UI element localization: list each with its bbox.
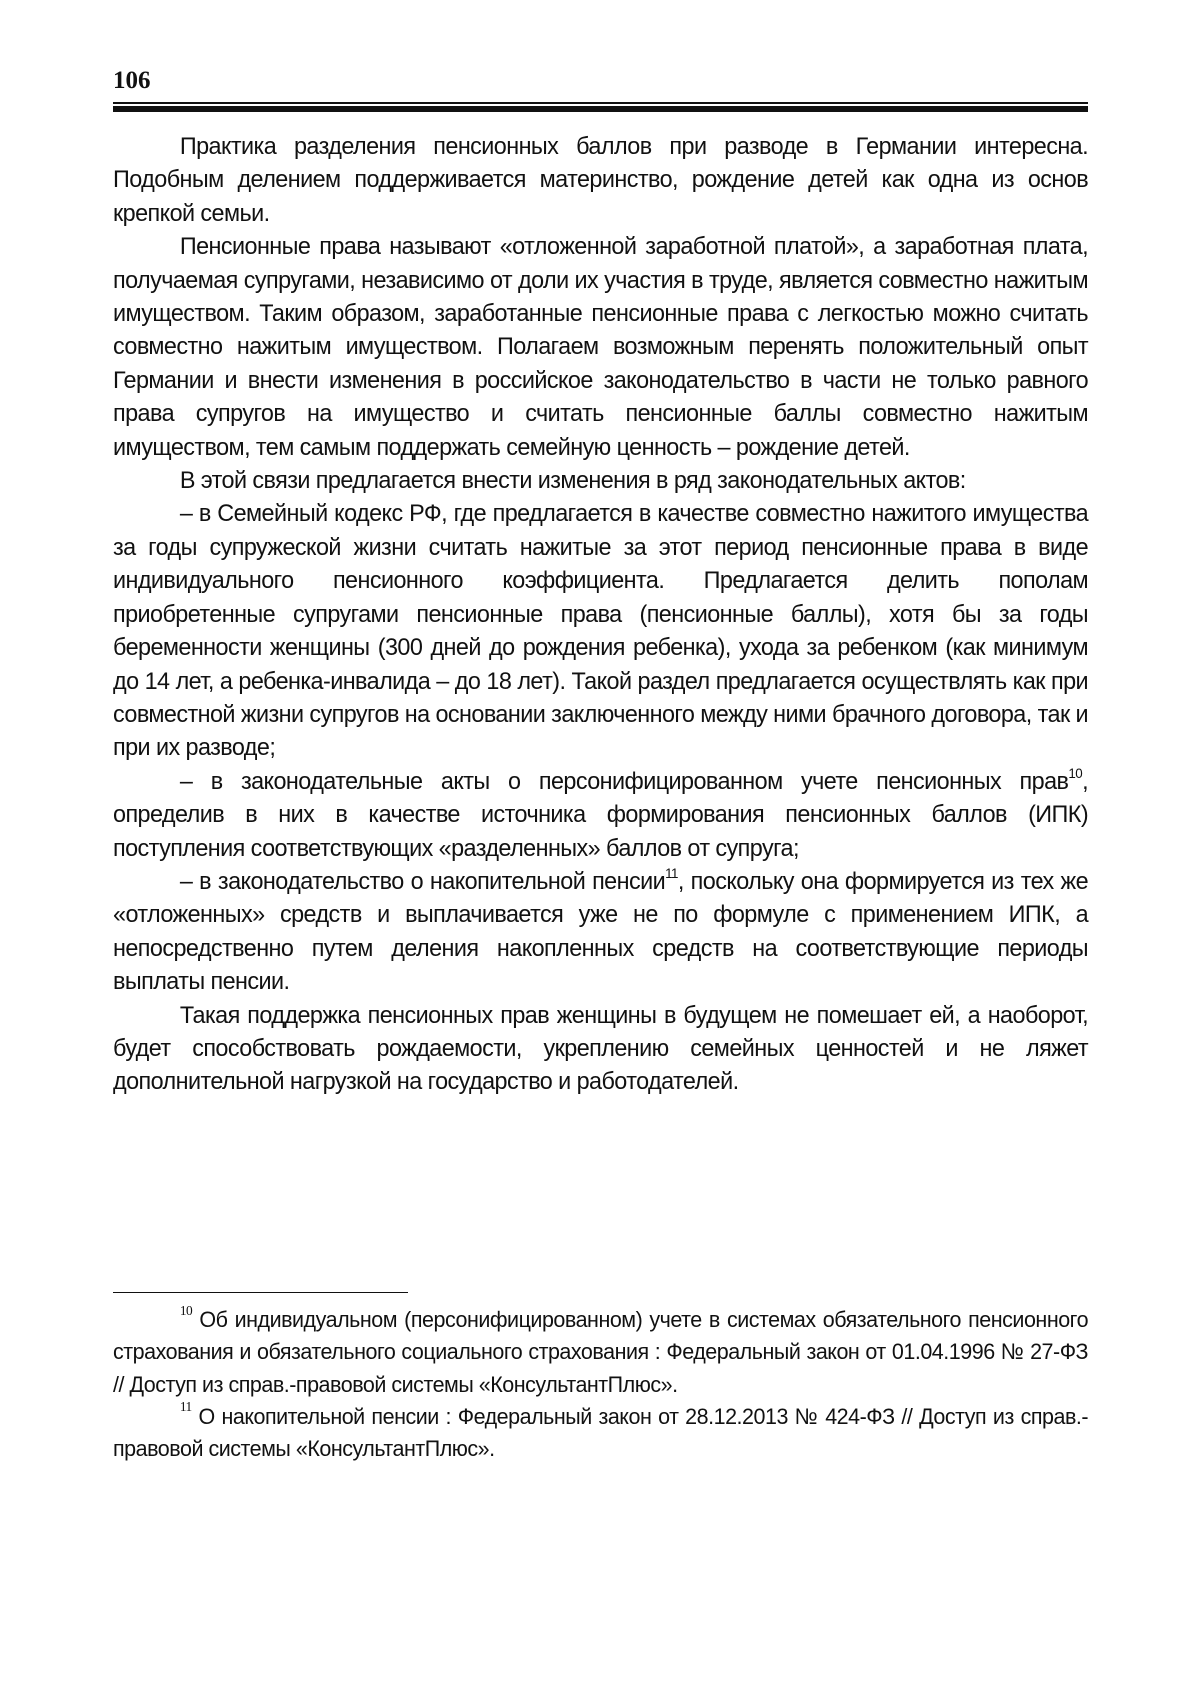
paragraph-pension-rights: Пенсионные права называют «отложенной за… [113, 230, 1088, 464]
footnote-separator [113, 1292, 408, 1293]
body-text: Практика разделения пенсионных баллов пр… [113, 130, 1088, 1099]
document-page: 106 Практика разделения пенсионных балло… [113, 66, 1088, 1099]
footnote-ref-10[interactable]: 10 [1068, 765, 1082, 781]
paragraph-text-before: – в законодательство о накопительной пен… [180, 868, 665, 895]
paragraph-funded-pension: – в законодательство о накопительной пен… [113, 865, 1088, 999]
footnote-number: 10 [180, 1304, 192, 1319]
header-double-rule [113, 102, 1088, 114]
footnote-text: Об индивидуальном (персонифицированном) … [113, 1307, 1088, 1397]
footnote-text: О накопительной пенсии : Федеральный зак… [113, 1404, 1088, 1461]
footnote-11: 11 О накопительной пенсии : Федеральный … [113, 1401, 1088, 1466]
footnote-number: 11 [180, 1400, 192, 1415]
paragraph-conclusion: Такая поддержка пенсионных прав женщины … [113, 999, 1088, 1099]
header-rule-thin [113, 102, 1088, 104]
paragraph-personified-accounting: – в законодательные акты о персонифициро… [113, 765, 1088, 865]
footnotes: 10 Об индивидуальном (персонифицированно… [113, 1304, 1088, 1465]
footnote-10: 10 Об индивидуальном (персонифицированно… [113, 1304, 1088, 1401]
paragraph-proposed-changes: В этой связи предлагается внести изменен… [113, 464, 1088, 497]
paragraph-family-code: – в Семейный кодекс РФ, где предлагается… [113, 497, 1088, 764]
paragraph-text-before: – в законодательные акты о персонифициро… [180, 768, 1069, 795]
footnote-ref-11[interactable]: 11 [665, 865, 678, 881]
header-rule-thick [113, 106, 1088, 112]
paragraph-germany-practice: Практика разделения пенсионных баллов пр… [113, 130, 1088, 230]
page-number: 106 [113, 66, 1088, 102]
